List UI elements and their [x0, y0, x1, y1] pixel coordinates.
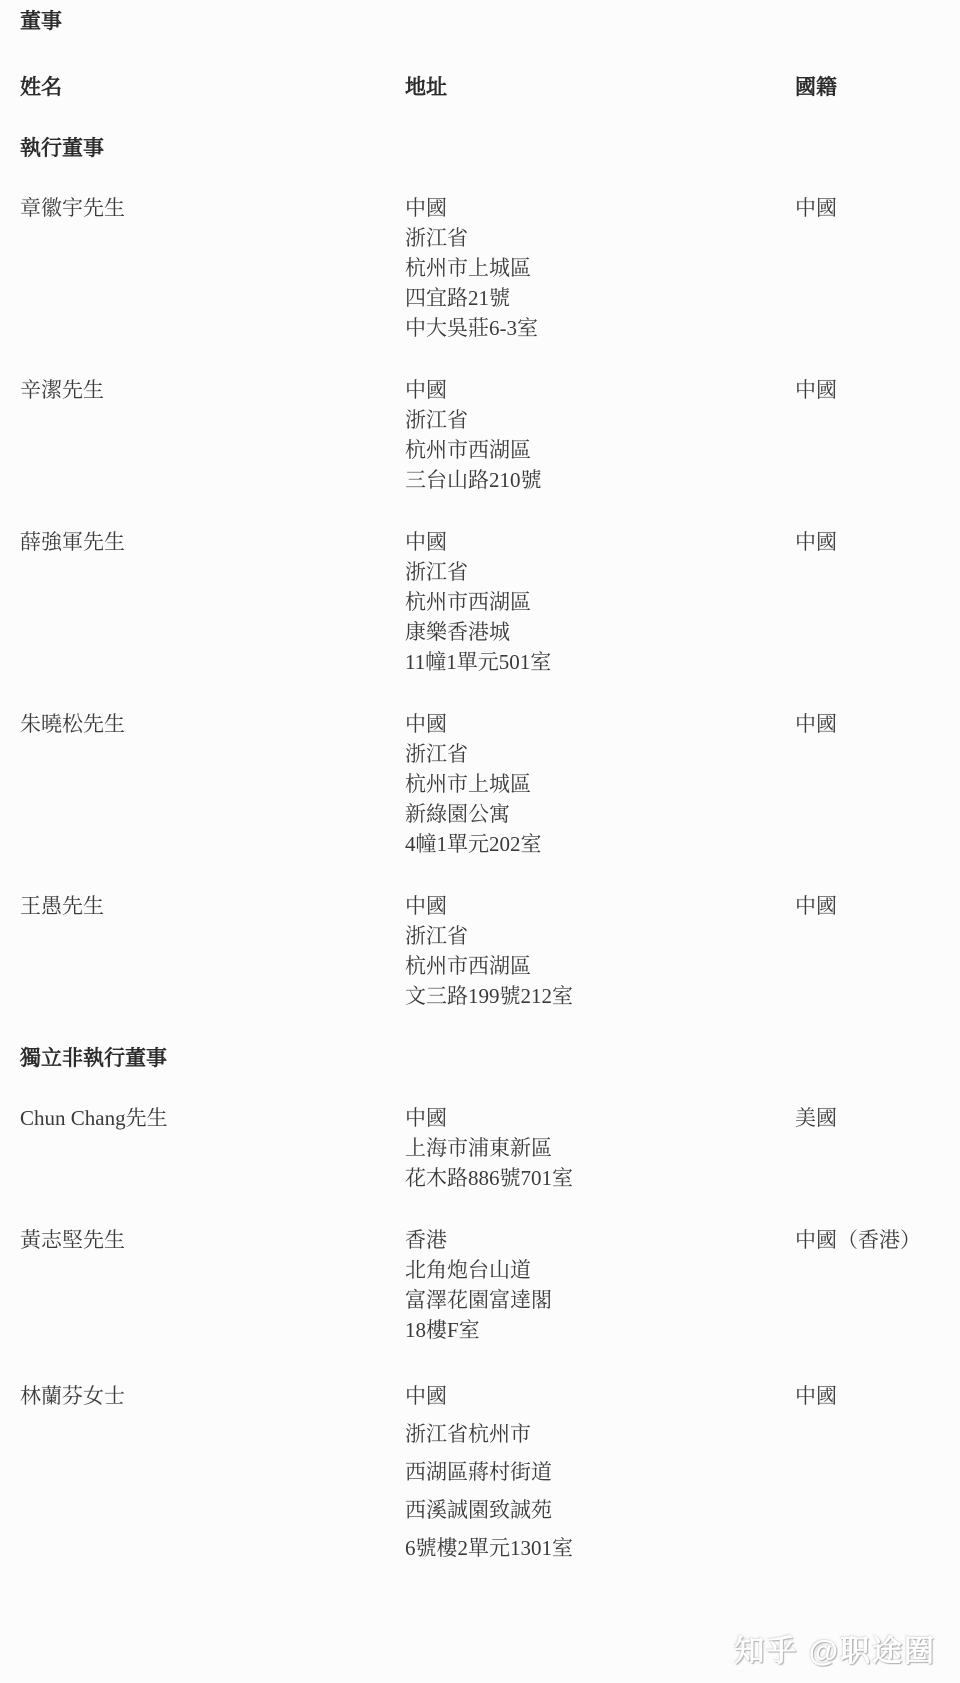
address-line: 6號樓2單元1301室: [405, 1529, 795, 1567]
address-line: 中國: [405, 1377, 795, 1415]
director-address: 中國浙江省杭州市西湖區康樂香港城11幢1單元501室: [405, 527, 795, 677]
address-line: 浙江省: [405, 739, 795, 769]
section-heading: 獨立非執行董事: [20, 1043, 960, 1073]
address-line: 浙江省: [405, 223, 795, 253]
table-row: 林蘭芬女士 中國浙江省杭州市西湖區蔣村街道西溪誠園致誠苑6號樓2單元1301室 …: [20, 1377, 960, 1567]
director-address: 中國浙江省杭州市西湖區文三路199號212室: [405, 891, 795, 1011]
director-address: 中國浙江省杭州市西湖區蔣村街道西溪誠園致誠苑6號樓2單元1301室: [405, 1377, 795, 1567]
director-nationality: 中國（香港）: [795, 1225, 960, 1255]
director-address: 中國浙江省杭州市上城區四宜路21號中大吳莊6-3室: [405, 193, 795, 343]
address-line: 西溪誠園致誠苑: [405, 1491, 795, 1529]
director-address: 香港北角炮台山道富澤花園富達閣18樓F室: [405, 1225, 795, 1345]
address-line: 中國: [405, 193, 795, 223]
address-line: 浙江省: [405, 557, 795, 587]
director-nationality: 中國: [795, 1377, 960, 1415]
table-header: 姓名 地址 國籍: [20, 72, 960, 102]
director-rows: Chun Chang先生 中國上海市浦東新區花木路886號701室 美國 黃志堅…: [20, 1103, 960, 1567]
address-line: 花木路886號701室: [405, 1163, 795, 1193]
table-row: 朱曉松先生 中國浙江省杭州市上城區新綠園公寓4幢1單元202室 中國: [20, 709, 960, 859]
director-address: 中國浙江省杭州市西湖區三台山路210號: [405, 375, 795, 495]
director-rows: 章徽宇先生 中國浙江省杭州市上城區四宜路21號中大吳莊6-3室 中國 辛潔先生 …: [20, 193, 960, 1011]
director-name: 辛潔先生: [20, 375, 405, 405]
address-line: 杭州市西湖區: [405, 587, 795, 617]
director-name: 黃志堅先生: [20, 1225, 405, 1255]
column-header-name: 姓名: [20, 72, 405, 102]
address-line: 中國: [405, 709, 795, 739]
address-line: 四宜路21號: [405, 283, 795, 313]
address-line: 中大吳莊6-3室: [405, 313, 795, 343]
column-header-nationality: 國籍: [795, 72, 960, 102]
sections-container: 執行董事 章徽宇先生 中國浙江省杭州市上城區四宜路21號中大吳莊6-3室 中國 …: [20, 133, 960, 1567]
director-nationality: 中國: [795, 891, 960, 921]
address-line: 中國: [405, 891, 795, 921]
address-line: 杭州市西湖區: [405, 435, 795, 465]
address-line: 浙江省: [405, 921, 795, 951]
address-line: 杭州市上城區: [405, 769, 795, 799]
directors-document-page: 董事 姓名 地址 國籍 執行董事 章徽宇先生 中國浙江省杭州市上城區四宜路21號…: [0, 0, 960, 1683]
address-line: 三台山路210號: [405, 465, 795, 495]
address-line: 上海市浦東新區: [405, 1133, 795, 1163]
director-nationality: 中國: [795, 193, 960, 223]
watermark: 知乎 @职途圈: [734, 1626, 936, 1670]
address-line: 香港: [405, 1225, 795, 1255]
director-nationality: 美國: [795, 1103, 960, 1133]
address-line: 中國: [405, 527, 795, 557]
section-heading: 執行董事: [20, 133, 960, 163]
address-line: 11幢1單元501室: [405, 647, 795, 677]
director-address: 中國浙江省杭州市上城區新綠園公寓4幢1單元202室: [405, 709, 795, 859]
table-row: 辛潔先生 中國浙江省杭州市西湖區三台山路210號 中國: [20, 375, 960, 495]
address-line: 杭州市西湖區: [405, 951, 795, 981]
table-row: 王愚先生 中國浙江省杭州市西湖區文三路199號212室 中國: [20, 891, 960, 1011]
director-name: 王愚先生: [20, 891, 405, 921]
address-line: 新綠園公寓: [405, 799, 795, 829]
address-line: 北角炮台山道: [405, 1255, 795, 1285]
director-name: 薛強軍先生: [20, 527, 405, 557]
address-line: 康樂香港城: [405, 617, 795, 647]
address-line: 浙江省: [405, 405, 795, 435]
address-line: 中國: [405, 375, 795, 405]
director-section: 獨立非執行董事 Chun Chang先生 中國上海市浦東新區花木路886號701…: [20, 1043, 960, 1567]
address-line: 富澤花園富達閣: [405, 1285, 795, 1315]
address-line: 西湖區蔣村街道: [405, 1453, 795, 1491]
table-row: 黃志堅先生 香港北角炮台山道富澤花園富達閣18樓F室 中國（香港）: [20, 1225, 960, 1345]
director-nationality: 中國: [795, 709, 960, 739]
table-row: 薛強軍先生 中國浙江省杭州市西湖區康樂香港城11幢1單元501室 中國: [20, 527, 960, 677]
column-header-address: 地址: [405, 72, 795, 102]
director-name: 林蘭芬女士: [20, 1377, 405, 1415]
table-row: Chun Chang先生 中國上海市浦東新區花木路886號701室 美國: [20, 1103, 960, 1193]
address-line: 浙江省杭州市: [405, 1415, 795, 1453]
page-title: 董事: [20, 6, 960, 36]
address-line: 中國: [405, 1103, 795, 1133]
director-name: 朱曉松先生: [20, 709, 405, 739]
director-name: 章徽宇先生: [20, 193, 405, 223]
address-line: 文三路199號212室: [405, 981, 795, 1011]
address-line: 18樓F室: [405, 1315, 795, 1345]
director-nationality: 中國: [795, 527, 960, 557]
director-name: Chun Chang先生: [20, 1103, 405, 1133]
address-line: 4幢1單元202室: [405, 829, 795, 859]
director-address: 中國上海市浦東新區花木路886號701室: [405, 1103, 795, 1193]
address-line: 杭州市上城區: [405, 253, 795, 283]
table-row: 章徽宇先生 中國浙江省杭州市上城區四宜路21號中大吳莊6-3室 中國: [20, 193, 960, 343]
director-section: 執行董事 章徽宇先生 中國浙江省杭州市上城區四宜路21號中大吳莊6-3室 中國 …: [20, 133, 960, 1011]
director-nationality: 中國: [795, 375, 960, 405]
